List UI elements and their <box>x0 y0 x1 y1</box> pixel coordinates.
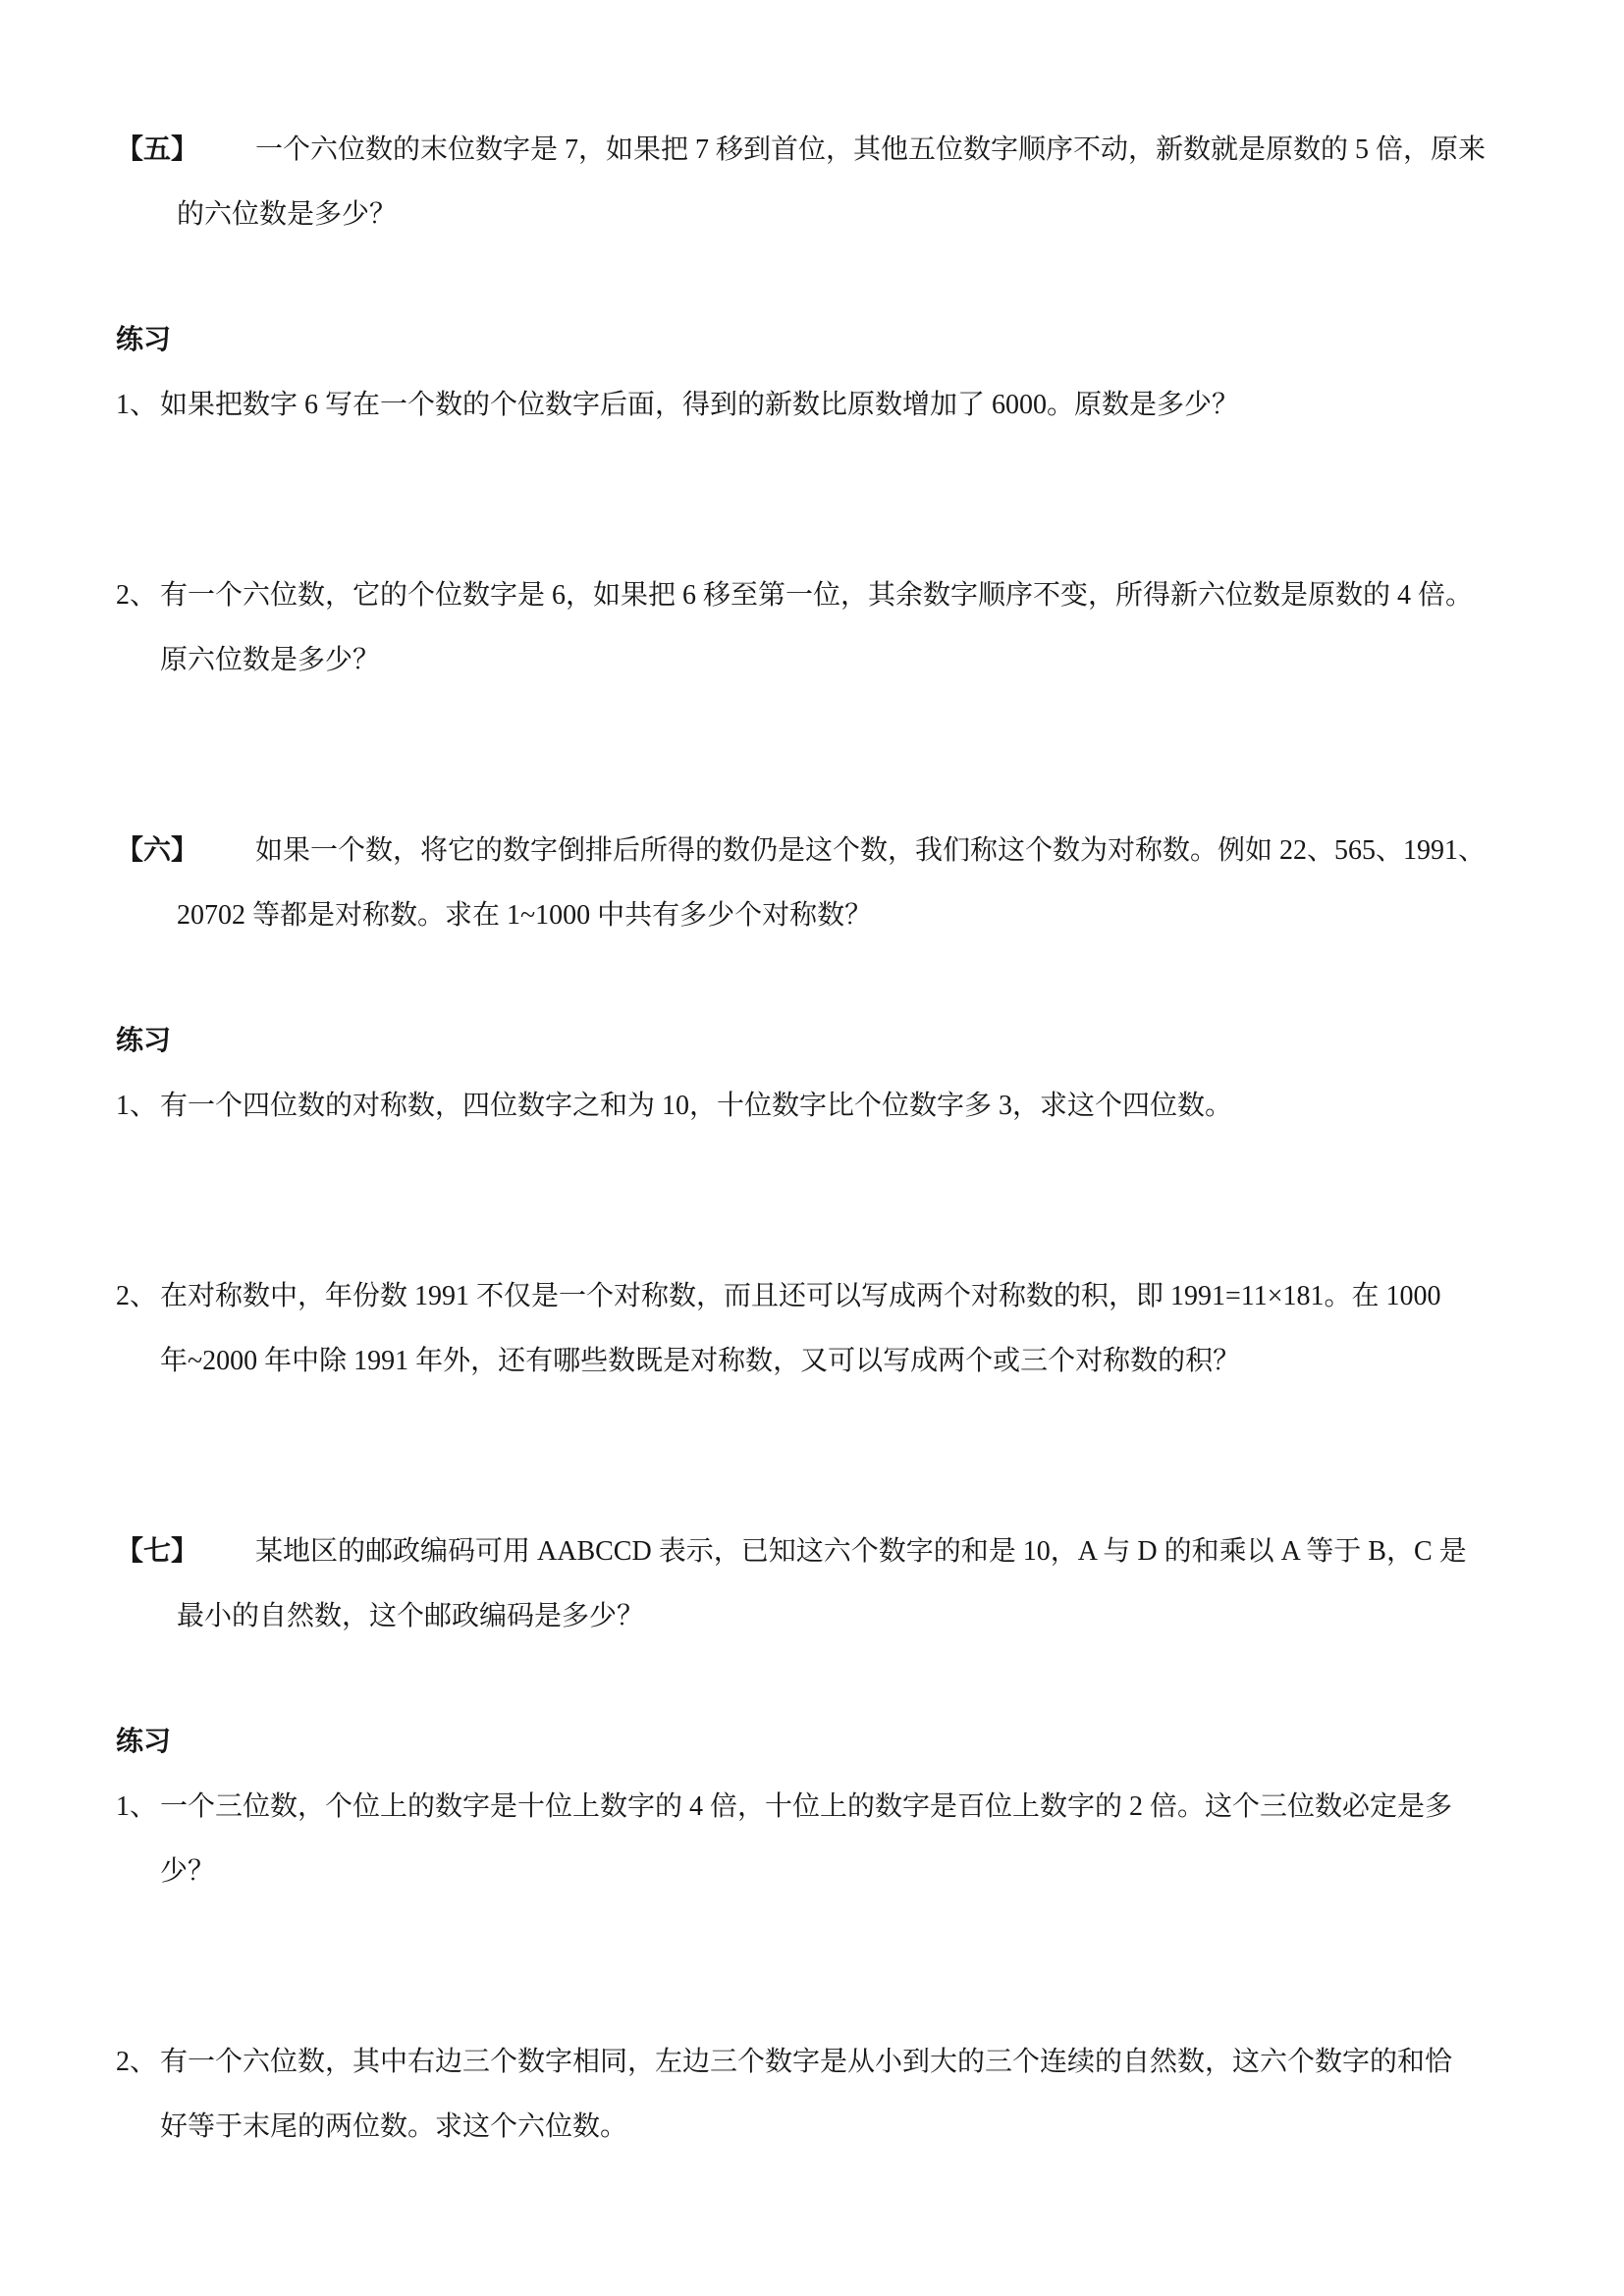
practice1-item2-number: 2、 <box>116 563 160 628</box>
practice1-item2-text-line-1: 有一个六位数，它的个位数字是 6，如果把 6 移至第一位，其余数字顺序不变，所得… <box>160 580 1473 611</box>
practice1-item1-first-line: 1、如果把数字 6 写在一个数的个位数字后面，得到的新数比原数增加了 6000。… <box>116 373 1565 438</box>
practice3-item1-text-line-1: 一个三位数，个位上的数字是十位上数字的 4 倍，十位上的数字是百位上数字的 2 … <box>160 1791 1452 1822</box>
practice2-item2-text-line-1: 在对称数中，年份数 1991 不仅是一个对称数，而且还可以写成两个对称数的积，即… <box>160 1281 1441 1311</box>
practice1-item1-number: 1、 <box>116 373 160 438</box>
practice1-item-1: 1、如果把数字 6 写在一个数的个位数字后面，得到的新数比原数增加了 6000。… <box>116 373 1565 438</box>
problem-six-label: 【六】 <box>116 819 255 883</box>
problem-five-text-line-2: 的六位数是多少？ <box>116 183 1565 247</box>
practice1-item2-first-line: 2、有一个六位数，它的个位数字是 6，如果把 6 移至第一位，其余数字顺序不变，… <box>116 563 1565 628</box>
problem-six-text-line-1: 如果一个数，将它的数字倒排后所得的数仍是这个数，我们称这个数为对称数。例如 22… <box>255 835 1486 866</box>
problem-seven: 【七】某地区的邮政编码可用 AABCCD 表示，已知这六个数字的和是 10，A … <box>116 1520 1565 1649</box>
problem-seven-first-line: 【七】某地区的邮政编码可用 AABCCD 表示，已知这六个数字的和是 10，A … <box>116 1520 1565 1584</box>
problem-five-text-line-1: 一个六位数的末位数字是 7，如果把 7 移到首位，其他五位数字顺序不动，新数就是… <box>255 134 1486 165</box>
practice3-item-2: 2、有一个六位数，其中右边三个数字相同，左边三个数字是从小到大的三个连续的自然数… <box>116 2030 1565 2160</box>
practice2-item2-number: 2、 <box>116 1264 160 1329</box>
practice2-item-2: 2、在对称数中，年份数 1991 不仅是一个对称数，而且还可以写成两个对称数的积… <box>116 1264 1565 1394</box>
practice2-item2-first-line: 2、在对称数中，年份数 1991 不仅是一个对称数，而且还可以写成两个对称数的积… <box>116 1264 1565 1329</box>
practice3-item1-text-line-2: 少？ <box>116 1840 1565 1904</box>
practice3-item2-number: 2、 <box>116 2030 160 2095</box>
practice3-item2-text-line-2: 好等于末尾的两位数。求这个六位数。 <box>116 2095 1565 2160</box>
problem-seven-text-line-2: 最小的自然数，这个邮政编码是多少？ <box>116 1584 1565 1649</box>
problem-seven-label: 【七】 <box>116 1520 255 1584</box>
practice-heading-2: 练习 <box>116 1009 1565 1074</box>
problem-six: 【六】如果一个数，将它的数字倒排后所得的数仍是这个数，我们称这个数为对称数。例如… <box>116 819 1565 948</box>
practice3-item1-number: 1、 <box>116 1775 160 1840</box>
practice2-item1-number: 1、 <box>116 1074 160 1139</box>
practice2-item2-text-line-2: 年~2000 年中除 1991 年外，还有哪些数既是对称数，又可以写成两个或三个… <box>116 1329 1565 1394</box>
problem-six-first-line: 【六】如果一个数，将它的数字倒排后所得的数仍是这个数，我们称这个数为对称数。例如… <box>116 819 1565 883</box>
practice3-item2-first-line: 2、有一个六位数，其中右边三个数字相同，左边三个数字是从小到大的三个连续的自然数… <box>116 2030 1565 2095</box>
practice2-item1-first-line: 1、有一个四位数的对称数，四位数字之和为 10，十位数字比个位数字多 3，求这个… <box>116 1074 1565 1139</box>
problem-five: 【五】一个六位数的末位数字是 7，如果把 7 移到首位，其他五位数字顺序不动，新… <box>116 118 1565 247</box>
practice2-item1-text-line-1: 有一个四位数的对称数，四位数字之和为 10，十位数字比个位数字多 3，求这个四位… <box>160 1091 1232 1121</box>
problem-five-first-line: 【五】一个六位数的末位数字是 7，如果把 7 移到首位，其他五位数字顺序不动，新… <box>116 118 1565 183</box>
practice-heading-1: 练习 <box>116 308 1565 373</box>
practice2-item-1: 1、有一个四位数的对称数，四位数字之和为 10，十位数字比个位数字多 3，求这个… <box>116 1074 1565 1139</box>
practice1-item1-text-line-1: 如果把数字 6 写在一个数的个位数字后面，得到的新数比原数增加了 6000。原数… <box>160 390 1239 420</box>
practice3-item2-text-line-1: 有一个六位数，其中右边三个数字相同，左边三个数字是从小到大的三个连续的自然数，这… <box>160 2047 1452 2077</box>
practice3-item-1: 1、一个三位数，个位上的数字是十位上数字的 4 倍，十位上的数字是百位上数字的 … <box>116 1775 1565 1904</box>
practice-heading-3: 练习 <box>116 1710 1565 1775</box>
problem-six-text-line-2: 20702 等都是对称数。求在 1~1000 中共有多少个对称数？ <box>116 883 1565 948</box>
worksheet-page: 【五】一个六位数的末位数字是 7，如果把 7 移到首位，其他五位数字顺序不动，新… <box>0 0 1624 2160</box>
practice3-item1-first-line: 1、一个三位数，个位上的数字是十位上数字的 4 倍，十位上的数字是百位上数字的 … <box>116 1775 1565 1840</box>
practice1-item-2: 2、有一个六位数，它的个位数字是 6，如果把 6 移至第一位，其余数字顺序不变，… <box>116 563 1565 693</box>
practice1-item2-text-line-2: 原六位数是多少？ <box>116 628 1565 693</box>
problem-five-label: 【五】 <box>116 118 255 183</box>
problem-seven-text-line-1: 某地区的邮政编码可用 AABCCD 表示，已知这六个数字的和是 10，A 与 D… <box>255 1536 1467 1567</box>
